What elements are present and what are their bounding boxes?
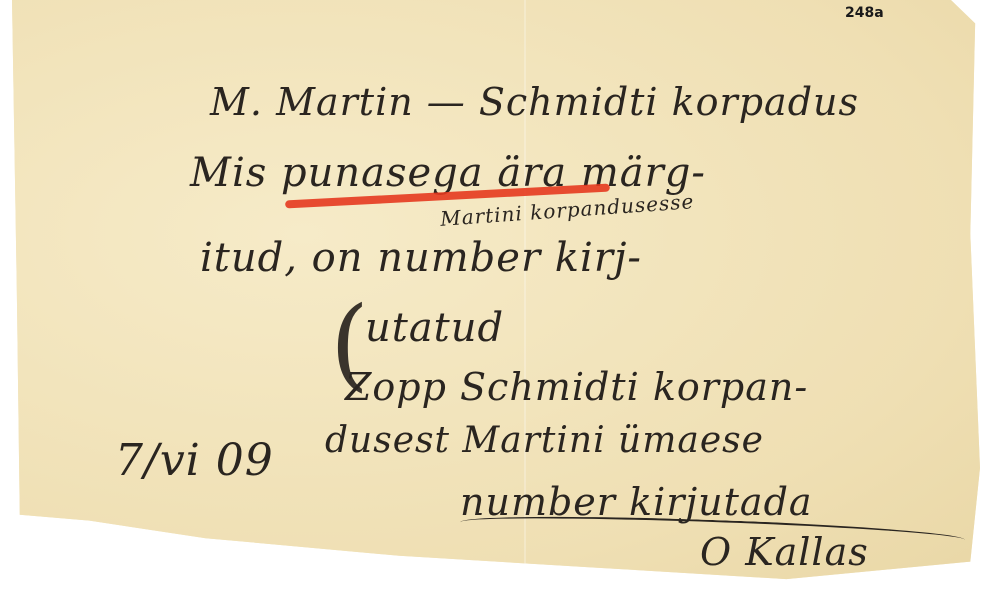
line-4: utatud xyxy=(365,305,504,351)
date: 7/vi 09 xyxy=(115,435,274,486)
line-6: dusest Martini ümaese xyxy=(325,420,764,461)
line-2: Mis punasega ära märg- xyxy=(190,150,706,196)
archive-number: 248a xyxy=(845,5,884,21)
line-5: Zopp Schmidti korpan- xyxy=(345,365,808,409)
signature: O Kallas xyxy=(700,530,869,574)
line-3: itud, on number kirj- xyxy=(200,235,642,281)
line-1: M. Martin — Schmidti korpadus xyxy=(210,80,859,124)
